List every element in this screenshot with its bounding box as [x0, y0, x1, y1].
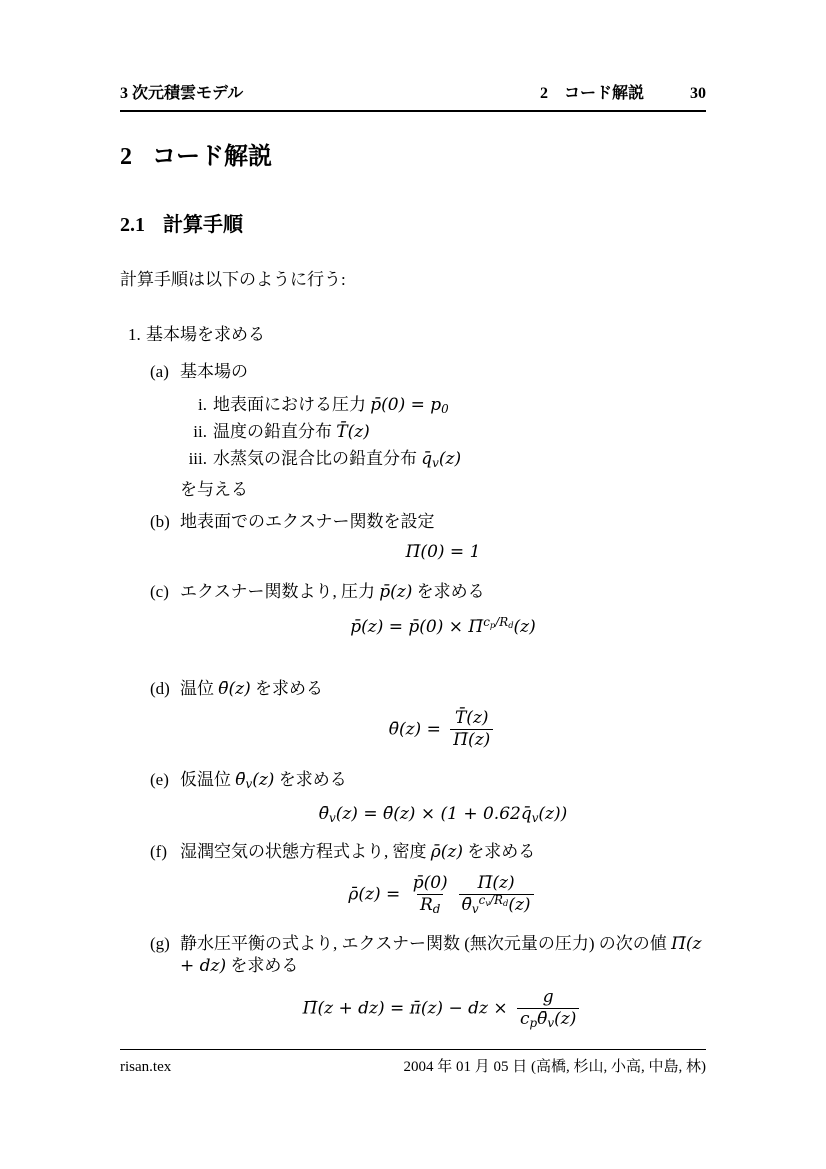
list-item-1-text: 基本場を求める	[146, 324, 706, 346]
list-item-b-text: 地表面でのエクスナー関数を設定	[180, 511, 706, 533]
list-item-ii: ii. 温度の鉛直分布 T̄(z)	[180, 421, 706, 443]
list-item-c-text: エクスナー関数より, 圧力 p̄(z) を求める	[180, 581, 706, 603]
equation-pressure: p̄(z) = p̄(0) × Π̄cp/Rd(z)	[180, 616, 706, 638]
list-item-a-label: (a)	[150, 361, 180, 501]
list-item-f: (f) 湿潤空気の状態方程式より, 密度 ρ̄(z) を求める ρ̄(z) = …	[150, 841, 706, 917]
list-item-a-text: 基本場の	[180, 361, 706, 383]
list-item-a: (a) 基本場の i. 地表面における圧力 p̄(0) = p0 ii. 温度の…	[150, 361, 706, 501]
list-item-ii-label: ii.	[180, 421, 207, 443]
equation-potential-temperature: θ̄(z) = T̄(z)Π̄(z)	[180, 708, 706, 752]
inline-math: θ̄v(z)	[235, 770, 274, 790]
list-item-d-text: 温位 θ̄(z) を求める	[180, 678, 706, 700]
footer-filename: risan.tex	[120, 1057, 171, 1077]
equation-exner-surface: Π̄(0) = 1	[180, 541, 706, 563]
list-item-e-label: (e)	[150, 769, 180, 825]
list-item-c: (c) エクスナー関数より, 圧力 p̄(z) を求める p̄(z) = p̄(…	[150, 581, 706, 638]
footer-date-authors: 2004 年 01 月 05 日 (高橋, 杉山, 小高, 中島, 林)	[404, 1057, 707, 1077]
list-item-b: (b) 地表面でのエクスナー関数を設定 Π̄(0) = 1	[150, 511, 706, 563]
inline-math: θ̄(z)	[218, 679, 250, 699]
list-item-iii-text: 水蒸気の混合比の鉛直分布 q̄v(z)	[213, 448, 706, 470]
list-item-1-label: 1.	[128, 324, 146, 1031]
document-page: 3 次元積雲モデル 2 コード解説 30 2 コード解説 2.1 計算手順 計算…	[0, 0, 826, 1169]
equation-density: ρ̄(z) = p̄(0)RdΠ̄(z)θ̄vcv/Rd(z)	[180, 873, 706, 917]
running-header-section: 2 コード解説	[540, 84, 644, 104]
running-header: 3 次元積雲モデル 2 コード解説 30	[120, 84, 706, 112]
running-header-left: 3 次元積雲モデル	[120, 84, 243, 104]
list-item-a-tail: を与える	[180, 479, 706, 501]
list-item-g-label: (g)	[150, 933, 180, 1031]
inline-math: q̄v(z)	[421, 449, 461, 469]
list-item-e: (e) 仮温位 θ̄v(z) を求める θ̄v(z) = θ̄(z) × (1 …	[150, 769, 706, 825]
section-heading: 2 コード解説	[120, 142, 706, 172]
equation-virtual-potential-temperature: θ̄v(z) = θ̄(z) × (1 + 0.62q̄v(z))	[180, 803, 706, 825]
intro-paragraph: 計算手順は以下のように行う:	[120, 269, 706, 291]
list-item-d-label: (d)	[150, 678, 180, 752]
list-item-iii: iii. 水蒸気の混合比の鉛直分布 q̄v(z)	[180, 448, 706, 470]
subsection-heading: 2.1 計算手順	[120, 213, 706, 237]
subsection-number: 2.1	[120, 213, 145, 237]
list-item-1: 1. 基本場を求める (a) 基本場の i. 地表面における圧力 p̄(0) =…	[128, 324, 706, 1031]
section-number: 2	[120, 142, 132, 172]
list-item-i-text: 地表面における圧力 p̄(0) = p0	[213, 394, 706, 416]
inline-math: p̄(0) = p0	[370, 395, 448, 415]
list-item-b-label: (b)	[150, 511, 180, 563]
equation-exner-next-level: Π̄(z + dz) = π̄(z) − dz × gcpθ̄v(z)	[180, 987, 706, 1031]
inline-math: ρ̄(z)	[431, 842, 463, 862]
list-item-f-label: (f)	[150, 841, 180, 917]
list-item-f-text: 湿潤空気の状態方程式より, 密度 ρ̄(z) を求める	[180, 841, 706, 863]
list-item-ii-text: 温度の鉛直分布 T̄(z)	[213, 421, 706, 443]
running-header-right: 2 コード解説 30	[540, 84, 706, 104]
list-item-i-label: i.	[180, 394, 207, 416]
list-item-g-text: 静水圧平衡の式より, エクスナー関数 (無次元量の圧力) の次の値 Π̄(z +…	[180, 933, 706, 977]
list-item-iii-label: iii.	[180, 448, 207, 470]
section-title: コード解説	[152, 142, 272, 172]
list-item-i: i. 地表面における圧力 p̄(0) = p0	[180, 394, 706, 416]
page-footer: risan.tex 2004 年 01 月 05 日 (高橋, 杉山, 小高, …	[120, 1049, 706, 1077]
inline-math: p̄(z)	[379, 582, 412, 602]
list-item-g: (g) 静水圧平衡の式より, エクスナー関数 (無次元量の圧力) の次の値 Π̄…	[150, 933, 706, 1031]
inline-math: T̄(z)	[336, 422, 370, 442]
list-item-d: (d) 温位 θ̄(z) を求める θ̄(z) = T̄(z)Π̄(z)	[150, 678, 706, 752]
list-item-c-label: (c)	[150, 581, 180, 638]
list-item-e-text: 仮温位 θ̄v(z) を求める	[180, 769, 706, 791]
page-number: 30	[690, 84, 706, 104]
subsection-title: 計算手順	[163, 213, 243, 237]
